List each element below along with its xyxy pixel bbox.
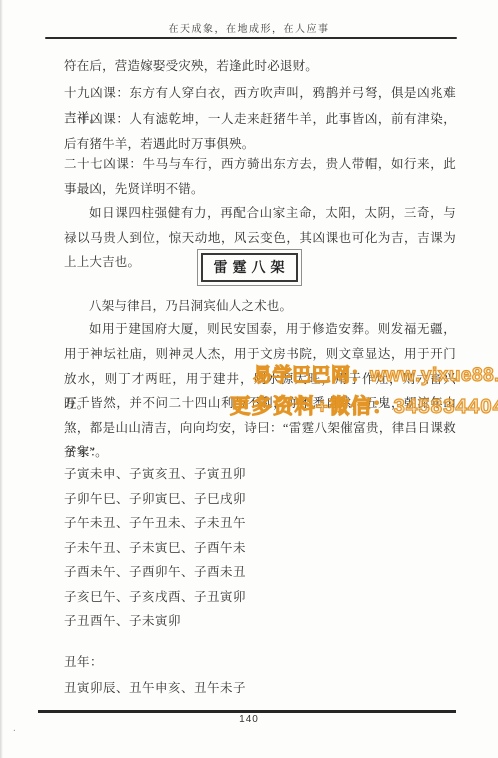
list-item: 子卯午巳、子卯寅巳、子巳戌卯 xyxy=(64,487,246,512)
list-item: 子寅未申、子寅亥丑、子寅丑卯 xyxy=(64,462,246,487)
chou-year-label: 丑年： xyxy=(64,652,103,670)
list-item: 子午未丑、子午丑未、子未丑午 xyxy=(64,511,246,536)
footer-rule xyxy=(38,710,456,713)
paragraph-omen-20: 二十凶课：人有滤乾坤，一人走来赶猪牛羊，此事皆凶，前有津染，后有猪牛羊，若遇此时… xyxy=(64,107,456,156)
list-item: 丑寅卯辰、丑午申亥、丑午未子 xyxy=(64,676,246,701)
header-rule xyxy=(45,37,457,39)
list-item: 子未午丑、子未寅巳、子酉午未 xyxy=(64,536,246,561)
scanned-book-page: 在天成象，在地成形，在人应事 符在后，营造嫁娶受灾殃，若逢此时必退财。 十九凶课… xyxy=(0,0,498,758)
zi-year-label: 子年： xyxy=(64,442,103,460)
chou-year-list: 丑寅卯辰、丑午申亥、丑午未子 xyxy=(64,676,246,701)
paragraph-omen-27: 二十七凶课：牛马与车行，西方骑出东方去，贵人带帽，如行来，此事最凶，先贤详明不错… xyxy=(64,152,456,201)
paragraph-continuation: 符在后，营造嫁娶受灾殃，若逢此时必退财。 xyxy=(64,54,456,79)
list-item: 子酉未午、子酉卯午、子酉未丑 xyxy=(64,560,246,585)
paragraph-section-note: 万千皆然，并不问二十四山利与不利，亦不悉自然，五鬼，朝流年山煞，都是山山清吉，向… xyxy=(64,391,456,465)
list-item: 子丑酉午、子未寅卯 xyxy=(64,609,246,634)
page-number: 140 xyxy=(0,714,498,725)
paragraph-section-intro: 八架与律吕，乃吕洞宾仙人之术也。 xyxy=(64,294,456,319)
section-title-container: 雷霆八架 xyxy=(0,253,498,282)
zi-year-list: 子寅未申、子寅亥丑、子寅丑卯 子卯午巳、子卯寅巳、子巳戌卯 子午未丑、子午丑未、… xyxy=(64,462,246,634)
running-header-title: 在天成象，在地成形，在人应事 xyxy=(0,20,498,35)
list-item: 子亥巳午、子亥戌酉、子丑寅卯 xyxy=(64,585,246,610)
scan-artifact-mark: . xyxy=(13,722,16,734)
section-title: 雷霆八架 xyxy=(201,253,298,282)
